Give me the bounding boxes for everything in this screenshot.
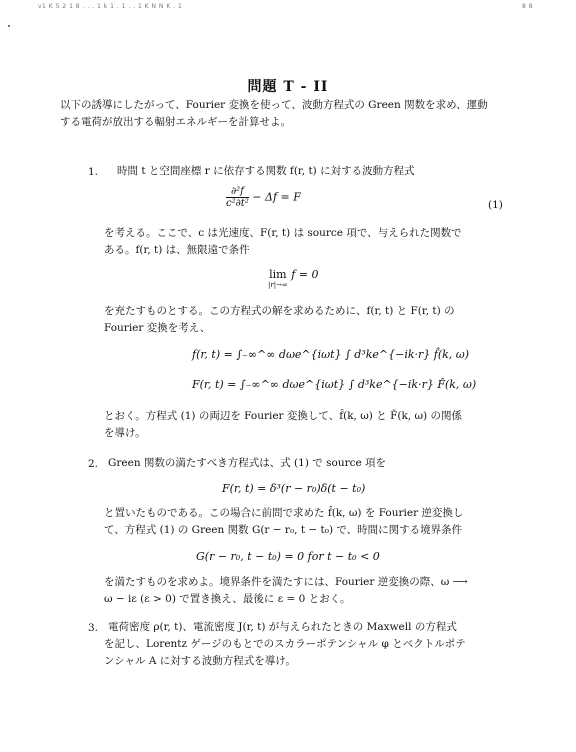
problem-1-line-4: を充たすものとする。この方程式の解を求めるために、f(r, t) と F(r, …: [104, 303, 455, 320]
problem-1-line-3: ある。f(r, t) は、無限遠で条件: [104, 242, 250, 259]
problem-2-number: 2.: [88, 458, 98, 470]
source-delta-equation: F(r, t) = δ³(r − r₀)δ(t − t₀): [222, 482, 365, 495]
problem-2-line-1: Green 関数の満たすべき方程式は、式 (1) で source 項を: [108, 455, 386, 472]
margin-mark: [8, 25, 10, 27]
problem-3-number: 3.: [88, 622, 98, 634]
problem-2-line-2: と置いたものである。この場合に前問で求めた f̂(k, ω) を Fourier…: [104, 505, 463, 522]
problem-1-number: 1.: [88, 166, 98, 178]
problem-1-line-7: を導け。: [104, 425, 146, 442]
fourier-transform-F: F(r, t) = ∫₋∞^∞ dωe^{iωt} ∫ d³ke^{−ik·r}…: [192, 378, 476, 391]
problem-3-line-2: を記し、Lorentz ゲージのもとでのスカラーポテンシャル φ とベクトルポテ: [104, 636, 466, 653]
boundary-condition: G(r − r₀, t − t₀) = 0 for t − t₀ < 0: [196, 550, 380, 563]
fourier-transform-f: f(r, t) = ∫₋∞^∞ dωe^{iωt} ∫ d³ke^{−ik·r}…: [192, 348, 469, 361]
problem-2-line-3: て、方程式 (1) の Green 関数 G(r − r₀, t − t₀) で…: [104, 522, 462, 539]
problem-3-line-1: 電荷密度 ρ(r, t)、電流密度 J(r, t) が与えられたときの Maxw…: [108, 619, 457, 636]
problem-1-line-5: Fourier 変換を考え、: [104, 320, 210, 337]
problem-3-line-3: ンシャル A に対する波動方程式を導け。: [104, 653, 296, 670]
equation-label-1: (1): [488, 199, 503, 211]
wave-equation-fraction: ∂²f c²∂t²: [226, 186, 249, 209]
problem-2-line-4: を満たすものを求めよ。境界条件を満たすには、Fourier 逆変換の際、ω ⟶: [104, 574, 468, 591]
page-title: 問題 T - II: [0, 76, 576, 96]
problem-1-line-2: を考える。ここで、c は光速度、F(r, t) は source 項で、与えられ…: [104, 225, 462, 242]
limit-condition: lim |r|→∞ f = 0: [268, 268, 319, 289]
intro-line-1: 以下の誘導にしたがって、Fourier 変換を使って、波動方程式の Green …: [60, 97, 488, 114]
print-header-left: v1 K 5 2 1 8 . . . 1 k 1 . 1 . . 1 K N N…: [38, 3, 182, 10]
print-header-right: 8 8: [522, 3, 533, 10]
problem-1-line-1: 時間 t と空間座標 r に依存する関数 f(r, t) に対する波動方程式: [117, 163, 415, 180]
problem-1-line-6: とおく。方程式 (1) の両辺を Fourier 変換して、f̂(k, ω) と…: [104, 408, 462, 425]
problem-2-line-5: ω − iε (ε > 0) で置き換え、最後に ε = 0 とおく。: [104, 591, 350, 608]
intro-line-2: する電荷が放出する輻射エネルギーを計算せよ。: [60, 114, 291, 131]
wave-equation: ∂²f c²∂t² − Δf = F: [226, 186, 301, 209]
